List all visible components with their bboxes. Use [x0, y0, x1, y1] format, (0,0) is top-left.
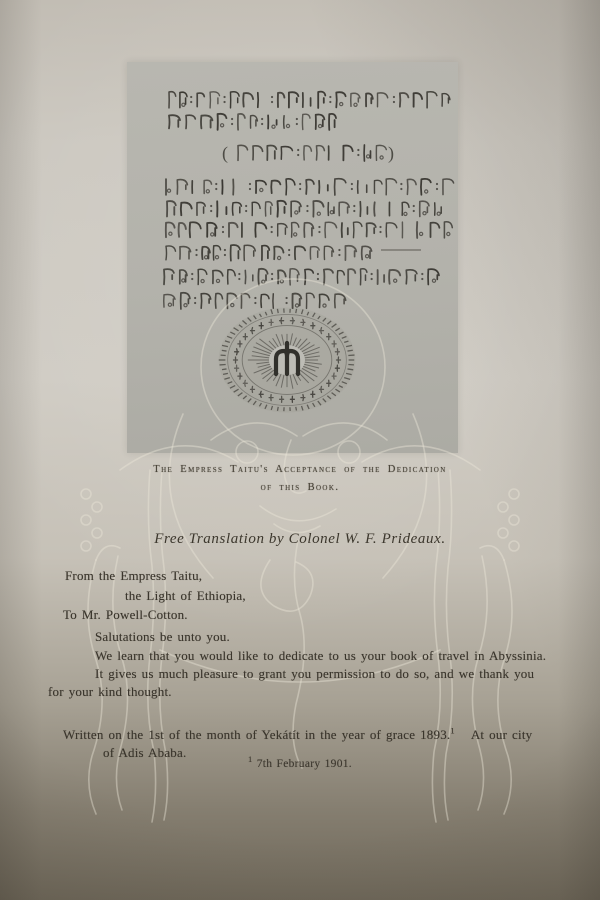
translation-heading: Free Translation by Colonel W. F. Pridea…: [0, 531, 600, 548]
footnote: 1 7th February 1901.: [0, 758, 600, 770]
caption-line1: The Empress Taitu's Acceptance of the De…: [0, 461, 600, 479]
letter-body-line: for your kind thought.: [48, 684, 172, 700]
footnote-text: 7th February 1901.: [257, 758, 352, 770]
letter-from-line2: the Light of Ethiopia,: [125, 588, 246, 604]
book-page-photo: () The Empress Taitu's Acceptance of the…: [0, 0, 600, 900]
letter-date-line: Written on the 1st of the month of Yekát…: [63, 727, 532, 743]
letter-body-line: It gives us much pleasure to grant you p…: [95, 666, 534, 682]
plate-caption: The Empress Taitu's Acceptance of the De…: [0, 461, 600, 497]
letter-from-line: From the Empress Taitu,: [65, 568, 202, 584]
date-text-2: At our city: [471, 727, 533, 742]
date-text: Written on the 1st of the month of Yekát…: [63, 727, 450, 742]
letter-body-line: We learn that you would like to dedicate…: [95, 648, 546, 664]
footnote-reference: 1: [450, 726, 454, 736]
letter-body-line: Salutations be unto you.: [95, 629, 230, 645]
footnote-ref-mark: 1: [248, 754, 253, 764]
letter-to-line: To Mr. Powell-Cotton.: [63, 607, 188, 623]
caption-line2: of this Book.: [0, 479, 600, 497]
